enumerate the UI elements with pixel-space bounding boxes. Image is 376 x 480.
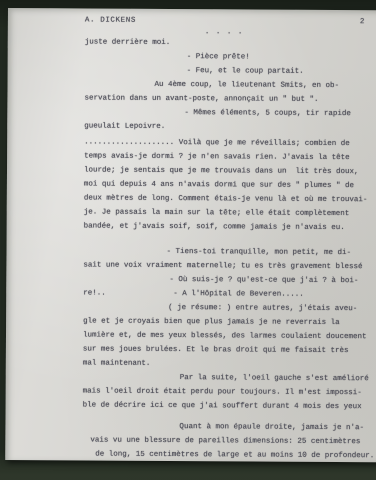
text-line: temps avais-je dormi ? je n'en savais ri… bbox=[84, 152, 350, 163]
text-line: Au 4ème coup, le lieutenant Smits, en ob… bbox=[155, 81, 340, 91]
text-line: - Feu, et le coup partait. bbox=[187, 67, 304, 77]
text-line: - Où suis-je ? qu'est-ce que j'ai ? à bo… bbox=[169, 276, 358, 286]
text-line: Par la suite, l'oeil gauche s'est amélio… bbox=[180, 374, 369, 384]
scanned-page-photo: A. DICKENS 2 . . . . juste derrière moi.… bbox=[0, 0, 376, 480]
text-line: je. Je passais la main sur la tête; elle… bbox=[84, 208, 350, 219]
text-line: vais vu une blessure de pareilles dimens… bbox=[90, 437, 360, 448]
text-line: gle et je croyais bien que plus jamais j… bbox=[83, 317, 340, 328]
typewritten-text-layer: juste derrière moi.- Pièce prête!- Feu, … bbox=[5, 8, 376, 462]
text-line: ( je résume: ) entre autres, j'étais ave… bbox=[168, 304, 357, 314]
text-line: Quant à mon épaule droite, jamais je n'a… bbox=[179, 423, 364, 433]
text-line: - A l'Hôpital de Beveren..... bbox=[173, 290, 304, 300]
text-line: .................... Voilà que je me rév… bbox=[84, 138, 350, 149]
text-line: mais l'oeil droit était perdu pour toujo… bbox=[83, 387, 362, 398]
text-line: deux mètres de long. Comment étais-je ve… bbox=[84, 194, 368, 205]
text-line: - Tiens-toi tranquille, mon petit, me di… bbox=[166, 248, 351, 258]
text-line: gueulait Lepoivre. bbox=[84, 122, 165, 131]
text-line: moi qui depuis 4 ans n'avais dormi que s… bbox=[84, 180, 354, 191]
text-line: - Mêmes éléments, 5 coups, tir rapide bbox=[184, 109, 351, 119]
text-line: sur mes joues brulées. Et le bras droit … bbox=[83, 345, 349, 356]
text-line: servation dans un avant-poste, annonçait… bbox=[84, 94, 318, 104]
text-line: re!.. bbox=[83, 289, 106, 298]
text-line: bandée, et j'avais soif, soif, comme jam… bbox=[84, 222, 345, 233]
paper-sheet: A. DICKENS 2 . . . . juste derrière moi.… bbox=[5, 8, 376, 462]
text-line: sait une voix vraiment maternelle; tu es… bbox=[83, 261, 362, 272]
text-line: ble de décrire ici ce que j'ai souffert … bbox=[83, 401, 362, 412]
text-line: - Pièce prête! bbox=[187, 53, 250, 62]
text-line: lourde; je sentais que je me trouvais da… bbox=[84, 166, 359, 177]
text-line: mal maintenant. bbox=[83, 359, 151, 368]
text-line: juste derrière moi. bbox=[85, 38, 171, 48]
text-line: lumière et, de mes yeux blessés, des lar… bbox=[83, 331, 367, 342]
text-line: de long, 15 centimètres de large et au m… bbox=[95, 451, 374, 462]
